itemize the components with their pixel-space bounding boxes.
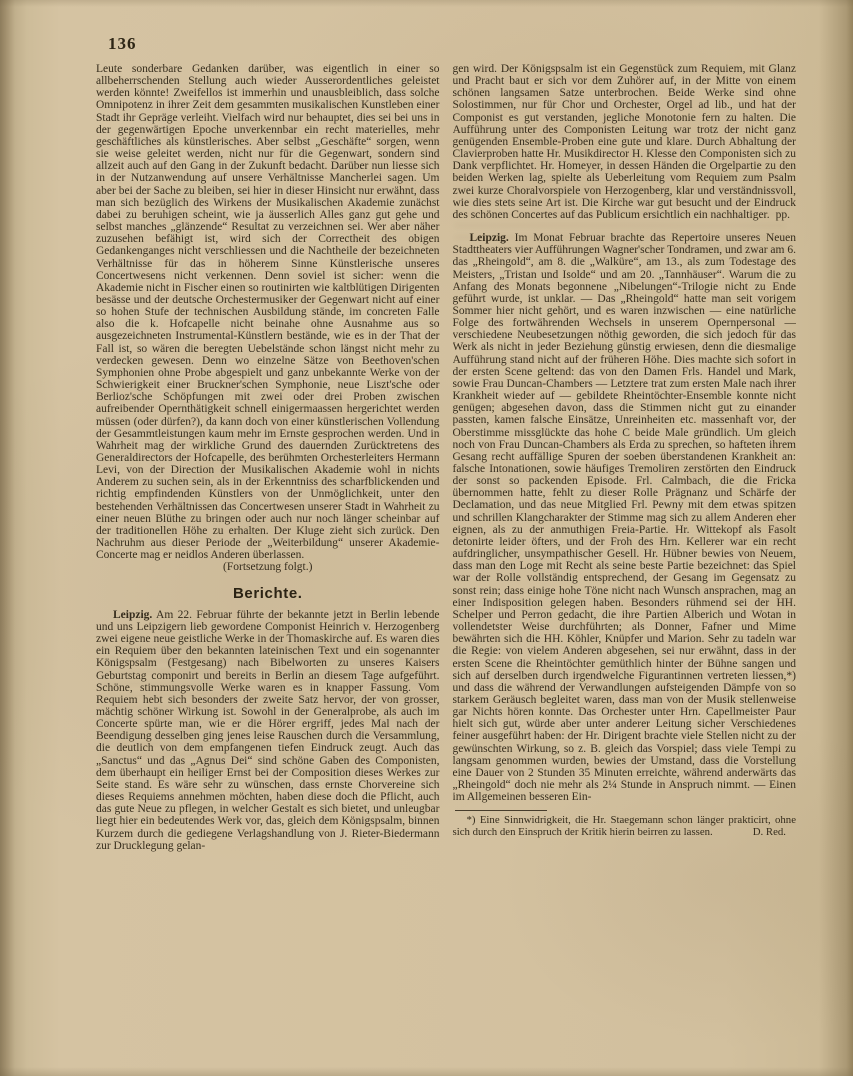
- report-dateline: Leipzig.: [113, 609, 152, 621]
- section-heading: Berichte.: [96, 588, 440, 600]
- continuation-note: (Fortsetzung folgt.): [96, 561, 440, 573]
- right-column: gen wird. Der Königspsalm ist ein Gegens…: [453, 63, 797, 1065]
- report-body: Am 22. Februar führte der bekannte jetzt…: [96, 609, 440, 852]
- report-dateline: Leipzig.: [470, 232, 509, 244]
- left-column: Leute sonderbare Gedanken darüber, was e…: [96, 63, 440, 1065]
- article-continuation-paragraph: Leute sonderbare Gedanken darüber, was e…: [96, 63, 440, 561]
- page-content: 136 Leute sonderbare Gedanken darüber, w…: [96, 34, 796, 1065]
- report-body: Im Monat Februar brachte das Repertoire …: [453, 232, 797, 803]
- page-number: 136: [108, 34, 796, 54]
- report-leipzig-2: Leipzig. Im Monat Februar brachte das Re…: [453, 232, 797, 803]
- report-leipzig-1: Leipzig. Am 22. Februar führte der bekan…: [96, 609, 440, 852]
- footnote: *) Eine Sinnwidrigkeit, die Hr. Staegema…: [453, 815, 797, 839]
- report-leipzig-1-continuation: gen wird. Der Königspsalm ist ein Gegens…: [453, 63, 797, 221]
- footnote-separator-rule: [455, 810, 547, 811]
- footnote-marker: *): [467, 814, 476, 826]
- two-column-layout: Leute sonderbare Gedanken darüber, was e…: [96, 63, 796, 1065]
- scanned-journal-page: 136 Leute sonderbare Gedanken darüber, w…: [0, 0, 853, 1076]
